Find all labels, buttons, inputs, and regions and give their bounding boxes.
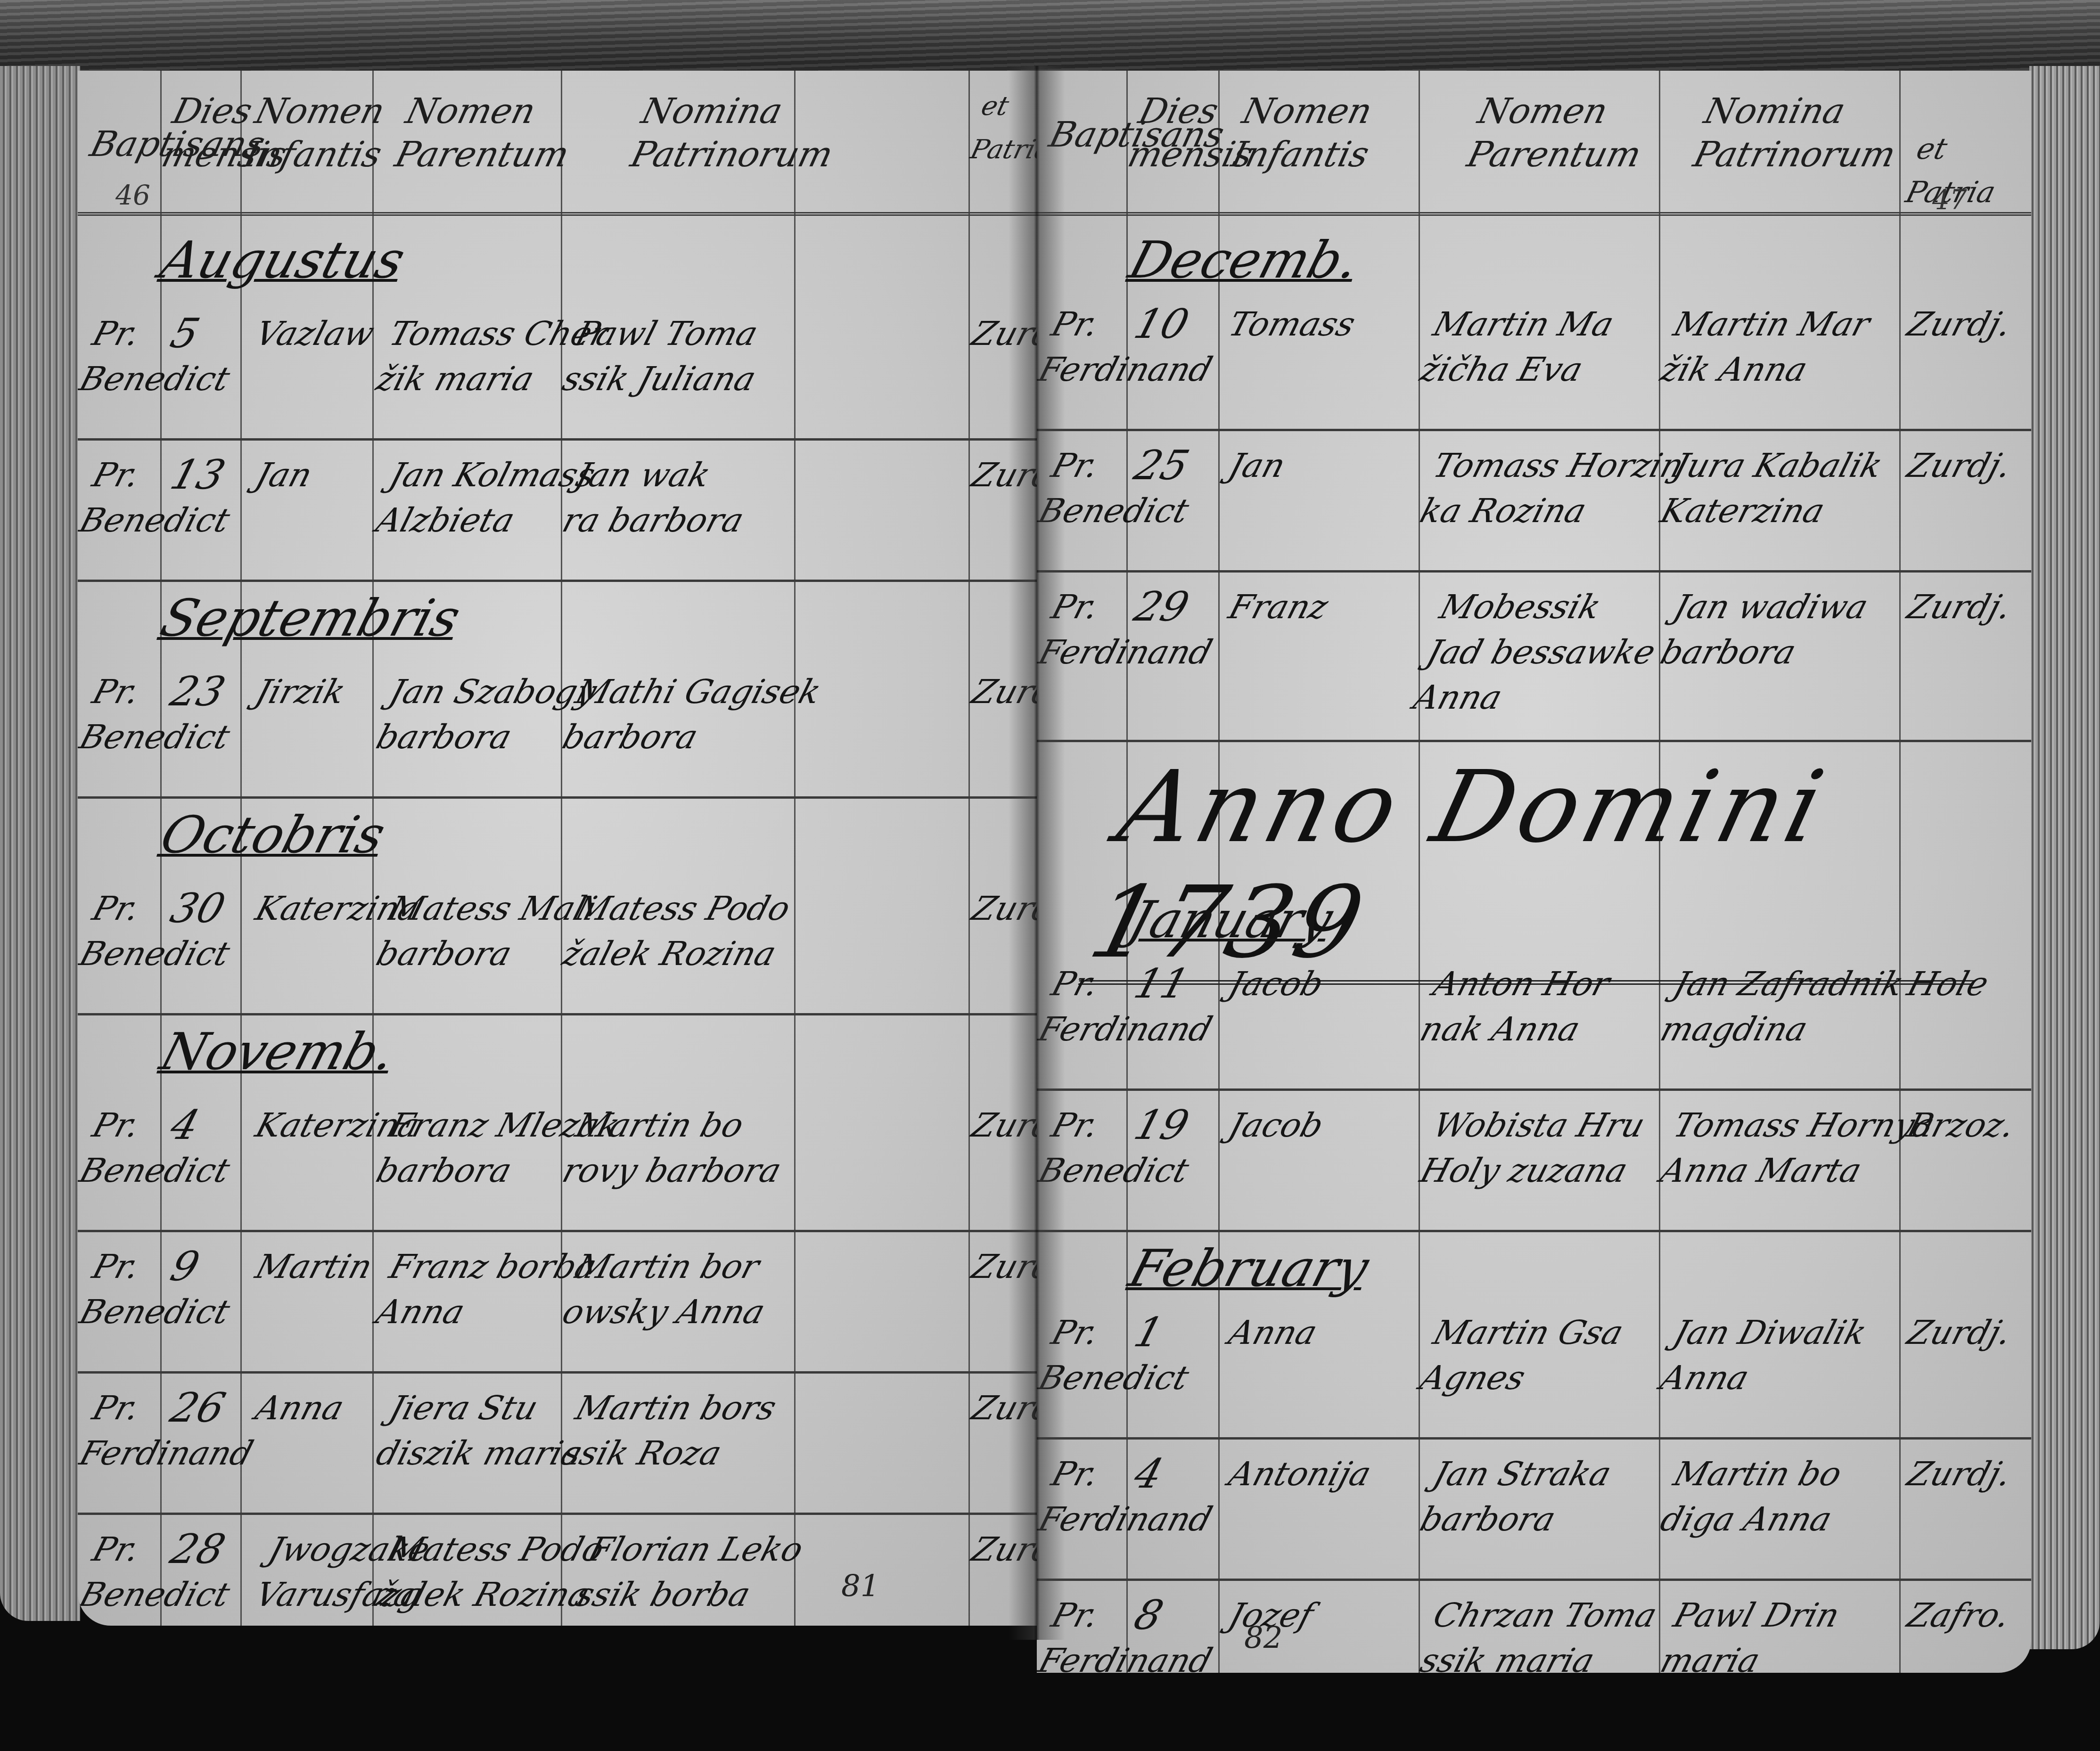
month-heading: Decemb. bbox=[1123, 231, 1366, 290]
month-heading: February bbox=[1123, 1239, 1375, 1298]
register-entry-row: Pr. Benedict4KaterzinaFranz Mlezak barbo… bbox=[78, 1088, 1046, 1232]
parents-cell: Martin Ma žičha Eva bbox=[1415, 302, 1619, 392]
place-cell: Zurdj. bbox=[967, 669, 1046, 714]
godparents-cell: Jura Kabalik Katerzina bbox=[1655, 443, 1887, 533]
register-entry-row: Pr. Benedict9MartinFranz borba AnnaMarti… bbox=[78, 1230, 1046, 1374]
register-entry-row: Pr. Benedict19JacobWobista Hru Holy zuza… bbox=[1037, 1088, 2031, 1232]
place-cell: Zurdj. bbox=[967, 1527, 1046, 1572]
register-entry-row: Pr. Ferdinand26AnnaJiera Stu diszik mari… bbox=[78, 1371, 1046, 1515]
infant-name-cell: Jacob bbox=[1223, 1103, 1329, 1148]
register-entry-row: Pr. Ferdinand11JacobAnton Hor nak AnnaJa… bbox=[1037, 947, 2031, 1091]
baptisans-cell: Pr. Benedict bbox=[78, 1244, 248, 1334]
column-header-row: Baptisans Dies mensis Nomen Infantis Nom… bbox=[1037, 71, 2031, 216]
godparents-cell: Jan wadiwa barbora bbox=[1655, 584, 1873, 675]
register-entry-row: Pr. Ferdinand29FranzMobessik Jad bessawk… bbox=[1037, 570, 2031, 742]
place-cell: Zurdj. bbox=[1902, 302, 2017, 347]
place-cell: Zurdj. bbox=[1902, 584, 2017, 630]
infant-name-cell: Martin bbox=[250, 1244, 377, 1289]
infant-name-cell: Tomass bbox=[1223, 302, 1361, 347]
register-entry-row: Pr. Benedict30KaterzinaMatess Mali barbo… bbox=[78, 872, 1046, 1015]
folio-number: 82 bbox=[1244, 1621, 1282, 1656]
baptisans-cell: Pr. Benedict bbox=[78, 311, 248, 401]
place-cell: Zurdj. bbox=[967, 886, 1046, 931]
header-et-patria: et Patria bbox=[959, 85, 1046, 198]
register-entry-row: Pr. Ferdinand8JozefChrzan Toma ssik mari… bbox=[1037, 1579, 2031, 1673]
infant-name-cell: Jirzik bbox=[250, 669, 351, 714]
place-cell: Zurdj. bbox=[967, 1103, 1046, 1148]
infant-name-cell: Anna bbox=[1223, 1310, 1322, 1355]
infant-name-cell: Jacob bbox=[1223, 961, 1329, 1006]
place-cell: Brzoz. bbox=[1902, 1103, 2020, 1148]
register-entry-row: Pr. Benedict28Jwogzake Varusfazg ex Fhal… bbox=[78, 1513, 1046, 1626]
godparents-cell: Martin bo rovy barbora bbox=[557, 1103, 799, 1193]
place-cell: Zurdj. bbox=[967, 311, 1046, 356]
infant-name-cell: Jan bbox=[250, 452, 317, 498]
godparents-cell: Jan Zafradnik magdina bbox=[1655, 961, 1909, 1052]
parents-cell: Jan Straka barbora bbox=[1415, 1451, 1616, 1542]
month-heading: January bbox=[1123, 891, 1339, 949]
place-cell: Zurdj. bbox=[1902, 1451, 2017, 1497]
parents-cell: Wobista Hru Holy zuzana bbox=[1415, 1103, 1650, 1193]
register-entry-row: Pr. Benedict5VazlawTomass Cher žik maria… bbox=[78, 297, 1046, 441]
godparents-cell: Martin bors ssik Roza bbox=[557, 1385, 781, 1476]
left-page: Baptisans Dies mensis Nomen Infantis Nom… bbox=[78, 71, 1046, 1626]
header-nomen-parentum: Nomen Parentum bbox=[384, 90, 584, 203]
godparents-cell: Martin Mar žik Anna bbox=[1655, 302, 1875, 392]
month-heading: Augustus bbox=[154, 231, 411, 290]
register-entry-row: Pr. Benedict25JanTomass Horzin ka Rozina… bbox=[1037, 429, 2031, 573]
month-heading: Octobris bbox=[154, 806, 392, 865]
header-nomen-parentum: Nomen Parentum bbox=[1456, 90, 1657, 203]
header-nomen-infantis: Nomen Infantis bbox=[1221, 90, 1384, 203]
place-cell: Zurdj. bbox=[967, 452, 1046, 498]
godparents-cell: Martin bo diga Anna bbox=[1655, 1451, 1850, 1542]
godparents-cell: Mathi Gagisek barbora bbox=[557, 669, 826, 760]
godparents-cell: Pawl Drin maria bbox=[1655, 1593, 1845, 1673]
place-cell: Zurdj. bbox=[967, 1385, 1046, 1431]
page-edges-right bbox=[2029, 66, 2100, 1649]
place-cell: Hole bbox=[1902, 961, 1994, 1006]
page-number: 46 bbox=[115, 179, 150, 211]
infant-name-cell: Vazlaw bbox=[250, 311, 379, 356]
infant-name-cell: Jan bbox=[1223, 443, 1290, 488]
infant-name-cell: Antonija bbox=[1223, 1451, 1376, 1497]
place-cell: Zurdj. bbox=[1902, 1310, 2017, 1355]
godparents-cell: Tomass Hornya Anna Marta bbox=[1655, 1103, 1940, 1193]
column-header-row: Baptisans Dies mensis Nomen Infantis Nom… bbox=[78, 71, 1046, 216]
register-entry-row: Pr. Benedict13JanJan Kolmass AlzbietaJan… bbox=[78, 438, 1046, 582]
register-entry-row: Pr. Benedict23JirzikJan Szabogy barboraM… bbox=[78, 655, 1046, 799]
parents-cell: Anton Hor nak Anna bbox=[1415, 961, 1615, 1052]
place-cell: Zurdj. bbox=[967, 1244, 1046, 1289]
godparents-cell: Jan wak ra barbora bbox=[557, 452, 762, 543]
parents-cell: Tomass Horzin ka Rozina bbox=[1415, 443, 1689, 533]
place-cell: Zafro. bbox=[1902, 1593, 2015, 1638]
header-nomina-patrinorum: Nomina Patrinorum bbox=[620, 90, 848, 203]
godparents-cell: Matess Podo žalek Rozina bbox=[557, 886, 795, 976]
page-edges-left bbox=[0, 66, 80, 1621]
month-heading: Septembris bbox=[154, 589, 467, 648]
header-nomen-infantis: Nomen Infantis bbox=[233, 90, 397, 203]
place-cell: Zurdj. bbox=[1902, 443, 2017, 488]
infant-name-cell: Franz bbox=[1223, 584, 1333, 630]
parents-cell: Mobessik Jad bessawke Anna bbox=[1409, 584, 1674, 720]
parents-cell: Martin Gsa Agnes bbox=[1415, 1310, 1628, 1400]
godparents-cell: Martin bor owsky Anna bbox=[557, 1244, 783, 1334]
baptisans-cell: Pr. Benedict bbox=[1037, 1310, 1207, 1400]
baptisans-cell: Pr. Benedict bbox=[78, 1103, 248, 1193]
folio-number: 81 bbox=[841, 1569, 879, 1604]
right-page: Baptisans Dies mensis Nomen Infantis Nom… bbox=[1037, 71, 2031, 1673]
page-number: 47 bbox=[1932, 184, 1967, 216]
infant-name-cell: Anna bbox=[250, 1385, 349, 1431]
register-entry-row: Pr. Benedict1AnnaMartin Gsa AgnesJan Diw… bbox=[1037, 1296, 2031, 1440]
godparents-cell: Jan Diwalik Anna bbox=[1655, 1310, 1872, 1400]
register-entry-row: Pr. Ferdinand4AntonijaJan Straka barbora… bbox=[1037, 1437, 2031, 1581]
parents-cell: Chrzan Toma ssik maria bbox=[1415, 1593, 1662, 1673]
header-nomina-patrinorum: Nomina Patrinorum bbox=[1682, 90, 1911, 203]
month-heading: Novemb. bbox=[154, 1023, 402, 1081]
godparents-cell: Pawl Toma ssik Juliana bbox=[557, 311, 774, 401]
register-entry-row: Pr. Ferdinand10TomassMartin Ma žičha Eva… bbox=[1037, 287, 2031, 431]
